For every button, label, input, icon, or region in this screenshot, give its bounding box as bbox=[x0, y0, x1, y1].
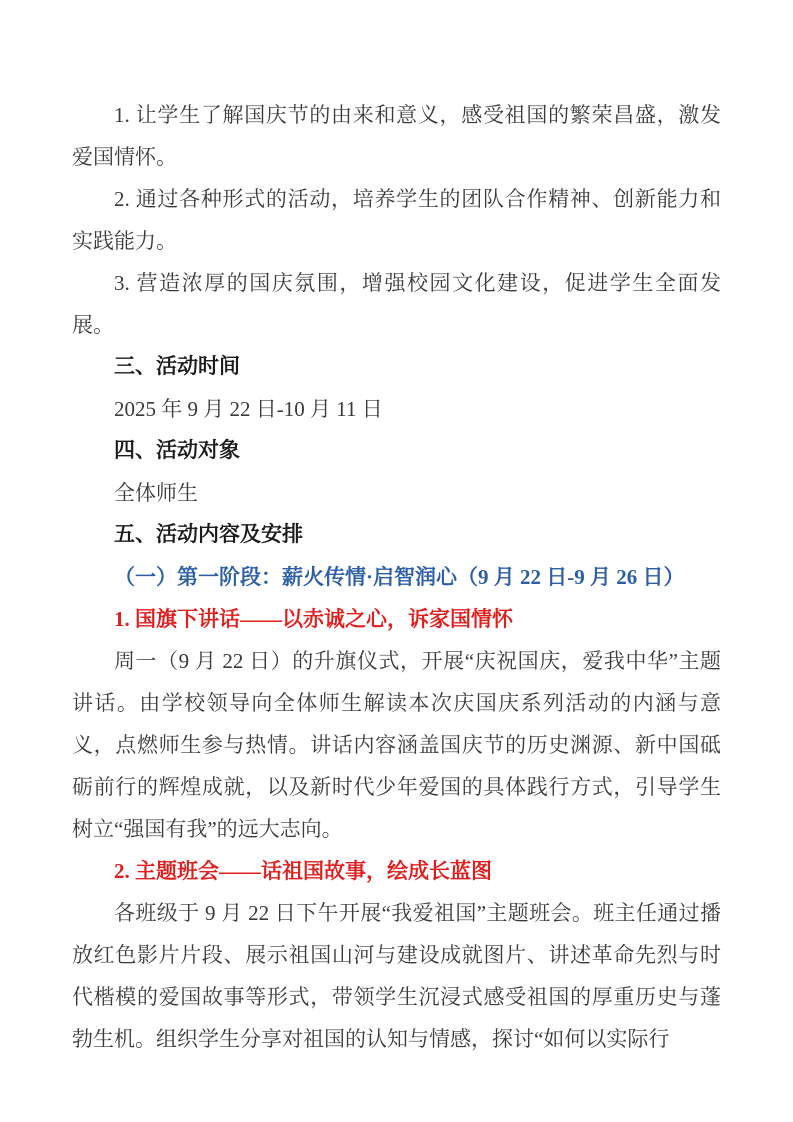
document-page: 1. 让学生了解国庆节的由来和意义，感受祖国的繁荣昌盛，激发爱国情怀。 2. 通… bbox=[0, 0, 793, 1122]
paragraph-activity-2-detail: 各班级于 9 月 22 日下午开展“我爱祖国”主题班会。班主任通过播放红色影片片… bbox=[72, 892, 721, 1060]
paragraph-activity-time: 2025 年 9 月 22 日-10 月 11 日 bbox=[72, 388, 721, 430]
activity-2-heading: 2. 主题班会——话祖国故事，绘成长蓝图 bbox=[72, 850, 721, 892]
paragraph-activity-audience: 全体师生 bbox=[72, 472, 721, 514]
section-heading-activity-audience: 四、活动对象 bbox=[72, 430, 721, 472]
paragraph-activity-1-detail: 周一（9 月 22 日）的升旗仪式，开展“庆祝国庆，爱我中华”主题讲话。由学校领… bbox=[72, 640, 721, 850]
section-heading-activity-content: 五、活动内容及安排 bbox=[72, 514, 721, 556]
paragraph-objective-1: 1. 让学生了解国庆节的由来和意义，感受祖国的繁荣昌盛，激发爱国情怀。 bbox=[72, 94, 721, 178]
stage-1-heading: （一）第一阶段：薪火传情·启智润心（9 月 22 日-9 月 26 日） bbox=[72, 556, 721, 598]
paragraph-objective-3: 3. 营造浓厚的国庆氛围，增强校园文化建设，促进学生全面发展。 bbox=[72, 262, 721, 346]
section-heading-activity-time: 三、活动时间 bbox=[72, 346, 721, 388]
activity-1-heading: 1. 国旗下讲话——以赤诚之心，诉家国情怀 bbox=[72, 598, 721, 640]
paragraph-objective-2: 2. 通过各种形式的活动，培养学生的团队合作精神、创新能力和实践能力。 bbox=[72, 178, 721, 262]
